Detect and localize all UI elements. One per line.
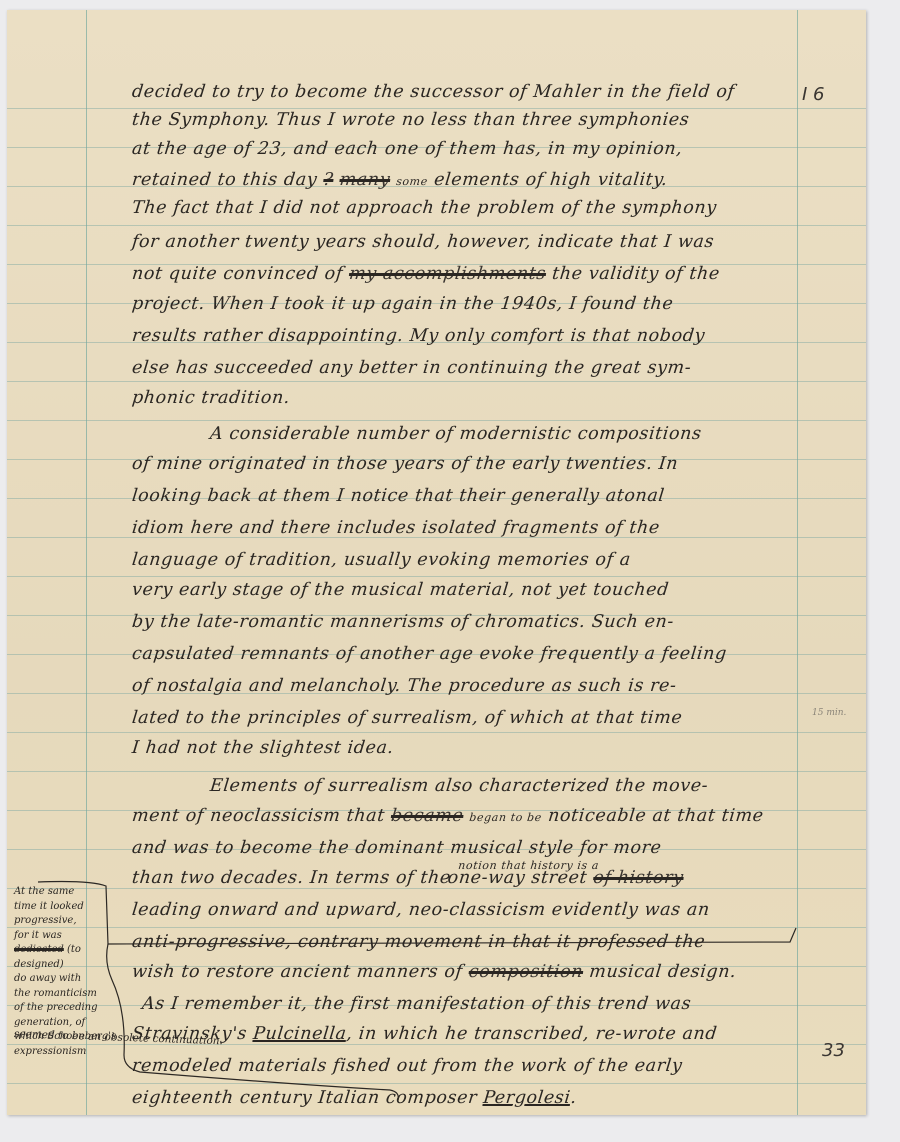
right-margin-line <box>797 10 798 1115</box>
manuscript-line: Elements of surrealism also characterize… <box>209 776 709 796</box>
manuscript-line: idiom here and there includes isolated f… <box>131 518 661 538</box>
section-mark: I 6 <box>802 84 824 105</box>
insertion: began to be <box>469 811 543 824</box>
manuscript-line: ment of neoclassicism that became began … <box>131 806 765 826</box>
manuscript-line: of mine originated in those years of the… <box>131 454 679 474</box>
ruled-line <box>7 732 866 733</box>
ruled-line <box>7 108 866 109</box>
line-text: musical design. <box>588 962 737 982</box>
manuscript-line: The fact that I did not approach the pro… <box>131 198 718 218</box>
timing-note: 15 min. <box>812 708 846 718</box>
margin-note-line: the romanticism <box>14 987 109 1002</box>
margin-note-line: designed) <box>14 958 109 973</box>
struck-word: composition <box>468 962 584 982</box>
page-number: 33 <box>822 1040 845 1061</box>
margin-note-line: do away with <box>14 972 109 987</box>
manuscript-line: at the age of 23, and each one of them h… <box>131 139 684 159</box>
ruled-line <box>7 771 866 772</box>
ruled-line <box>7 420 866 421</box>
manuscript-line: A considerable number of modernistic com… <box>209 424 703 444</box>
line-text: than two decades. In terms of the <box>131 868 458 888</box>
struck-word: of history <box>592 868 684 888</box>
ruled-line <box>7 927 866 928</box>
ruled-line <box>7 888 866 889</box>
ruled-line <box>7 225 866 226</box>
manuscript-line: As I remember it, the first manifestatio… <box>141 994 692 1014</box>
underlined-title: Pulcinella <box>252 1024 347 1044</box>
manuscript-line: for another twenty years should, however… <box>131 232 715 252</box>
line-text: retained to this day <box>131 170 325 190</box>
margin-note-line: At the same <box>14 885 109 900</box>
margin-note-line: time it looked <box>14 900 109 915</box>
manuscript-line: not quite convinced of my accomplishment… <box>131 264 721 284</box>
manuscript-line: by the late-romantic mannerisms of chrom… <box>131 612 675 632</box>
manuscript-line: eighteenth century Italian composer Perg… <box>131 1088 578 1108</box>
manuscript-line: and was to become the dominant musical s… <box>131 838 663 858</box>
manuscript-line: very early stage of the musical material… <box>131 580 670 600</box>
manuscript-line: wish to restore ancient manners of compo… <box>131 962 737 982</box>
line-text: ment of neoclassicism that <box>131 806 392 826</box>
manuscript-line: the Symphony. Thus I wrote no less than … <box>131 110 690 130</box>
margin-note-line: progressive, <box>14 914 109 929</box>
manuscript-line: language of tradition, usually evoking m… <box>131 550 632 570</box>
manuscript-line: decided to try to become the successor o… <box>131 82 736 102</box>
manuscript-line: anti-progressive, contrary movement in t… <box>131 932 706 952</box>
manuscript-line: project. When I took it up again in the … <box>131 294 674 314</box>
manuscript-line: looking back at them I notice that their… <box>131 486 666 506</box>
ruled-line <box>7 381 866 382</box>
margin-note-line: expressionism <box>14 1045 109 1060</box>
underlined-title: Pergolesi <box>482 1088 571 1108</box>
margin-note-line: of the preceding <box>14 1001 109 1016</box>
manuscript-line: than two decades. In terms of the notion… <box>131 868 685 888</box>
line-text: elements of high vitality. <box>427 170 669 190</box>
line-text: the validity of the <box>551 264 721 284</box>
struck-word: became <box>390 806 464 826</box>
struck-word: many <box>339 170 392 190</box>
manuscript-line: remodeled materials fished out from the … <box>131 1056 683 1076</box>
manuscript-line: leading onward and upward, neo-classicis… <box>131 900 711 920</box>
manuscript-line: else has succeeded any better in continu… <box>131 358 692 378</box>
ruled-line <box>7 1083 866 1084</box>
line-text: noticeable at that time <box>541 806 765 826</box>
manuscript-line: lated to the principles of surrealism, o… <box>131 708 683 728</box>
ruled-line <box>7 576 866 577</box>
struck-word: my accomplishments <box>348 264 547 284</box>
manuscript-line: I had not the slightest idea. <box>131 738 395 758</box>
line-text: not quite convinced of <box>131 264 350 284</box>
manuscript-line: capsulated remnants of another age evoke… <box>131 644 728 664</box>
manuscript-line: of nostalgia and melancholy. The procedu… <box>131 676 678 696</box>
manuscript-line: phonic tradition. <box>131 388 291 408</box>
struck-word: dedicated <box>14 944 64 955</box>
insertion: some <box>396 175 429 188</box>
insertion: notion that history is a <box>458 859 600 872</box>
manuscript-line: retained to this day ? many some element… <box>131 170 669 190</box>
line-text: , in which he transcribed, re-wrote and <box>345 1024 718 1044</box>
margin-note-line: dedicated (to <box>14 943 109 958</box>
line-text: eighteenth century Italian composer <box>131 1088 484 1108</box>
manuscript-line: results rather disappointing. My only co… <box>131 326 706 346</box>
line-text: wish to restore ancient manners of <box>131 962 470 982</box>
margin-note-line: for it was <box>14 929 109 944</box>
